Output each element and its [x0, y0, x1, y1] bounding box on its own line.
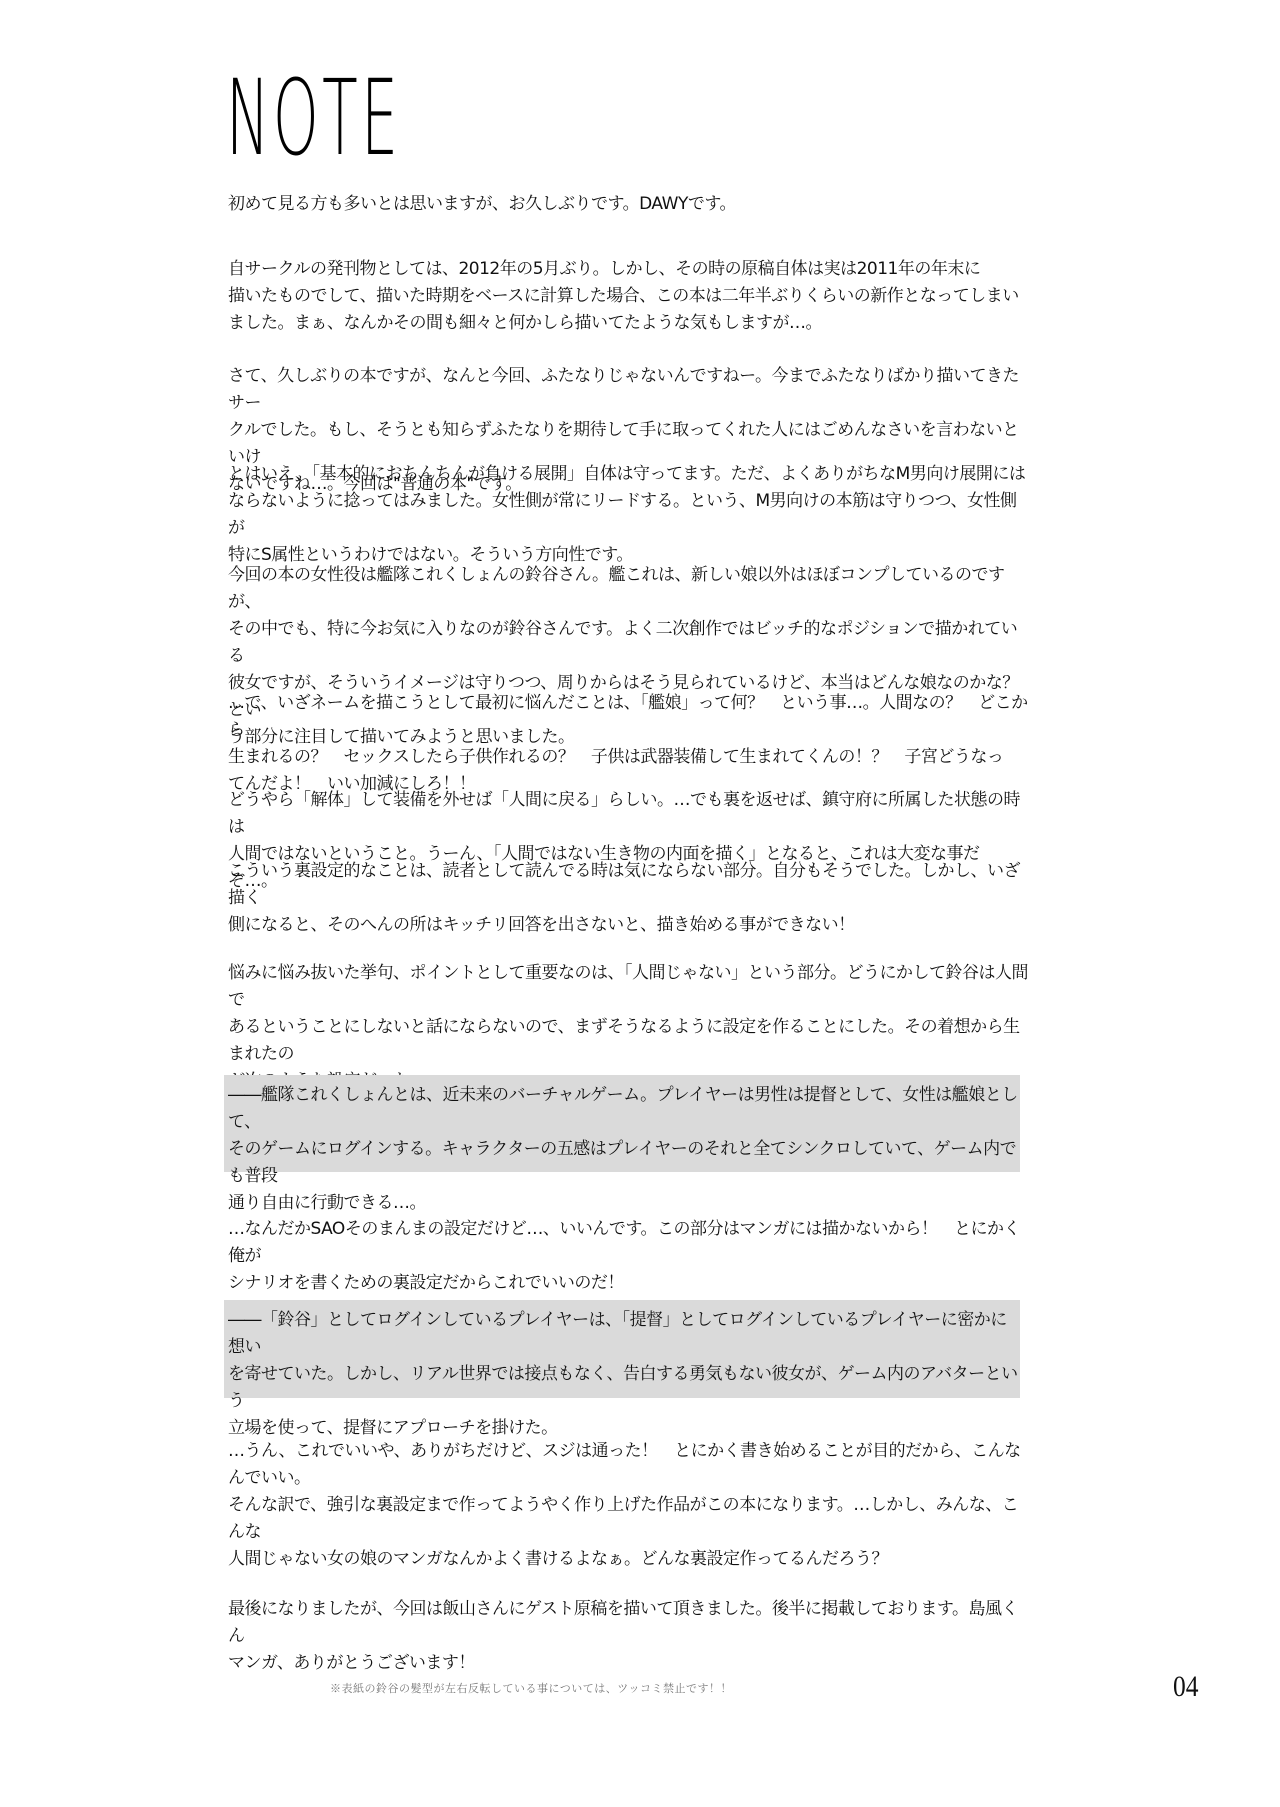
paragraph-greeting: 初めて見る方も多いとは思いますが、お久しぶりです。DAWYです。: [228, 191, 1028, 218]
paragraph-backstory: こういう裏設定的なことは、読者として読んでる時は気にならない部分。自分もそうでし…: [228, 858, 1028, 939]
footnote: ※表紙の鈴谷の髪型が左右反転している事については、ツッコミ禁止です！！: [330, 1680, 732, 1696]
paragraph-kanmusu-question: …で、いざネームを描こうとして最初に悩んだことは、「艦娘」って何？ という事…。…: [228, 690, 1028, 798]
paragraph-circle-history: 自サークルの発刊物としては、2012年の5月ぶり。しかし、その時の原稿自体は実は…: [228, 256, 1028, 337]
quote-text: ――艦隊これくしょんとは、近未来のバーチャルゲーム。プレイヤーは男性は提督として…: [224, 1075, 1018, 1217]
paragraph-guest-thanks: 最後になりましたが、今回は飯山さんにゲスト原稿を描いて頂きました。後半に掲載して…: [228, 1596, 1028, 1677]
quote-box-virtual-game: ――艦隊これくしょんとは、近未来のバーチャルゲーム。プレイヤーは男性は提督として…: [224, 1075, 1020, 1172]
paragraph-sao: …なんだかSAOそのまんまの設定だけど…、いいんです。この部分はマンガには描かな…: [228, 1216, 1028, 1297]
document-page: NOTE 初めて見る方も多いとは思いますが、お久しぶりです。DAWYです。 自サ…: [0, 0, 1280, 1807]
page-number: 04: [1173, 1670, 1199, 1704]
page-title: NOTE: [226, 78, 401, 158]
quote-box-suzuya-player: ――「鈴谷」としてログインしているプレイヤーは、「提督」としてログインしているプ…: [224, 1300, 1020, 1398]
paragraph-story-direction: とはいえ、「基本的におちんちんが負ける展開」自体は守ってます。ただ、よくありがち…: [228, 461, 1028, 569]
paragraph-conclusion: …うん、これでいいや、ありがちだけど、スジは通った！ とにかく書き始めることが目…: [228, 1438, 1028, 1573]
quote-text: ――「鈴谷」としてログインしているプレイヤーは、「提督」としてログインしているプ…: [224, 1300, 1018, 1442]
